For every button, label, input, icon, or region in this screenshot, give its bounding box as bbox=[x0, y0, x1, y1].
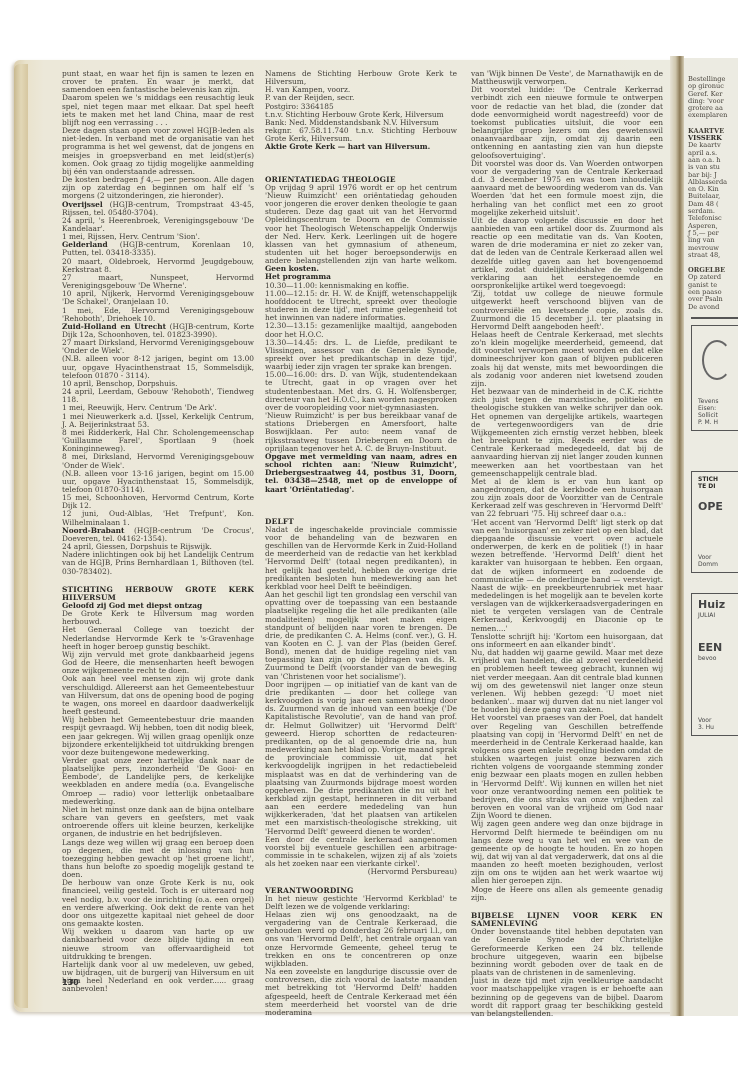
adjacent-page-text: Bestellingeop gironucGeref. Kerding: 'vo… bbox=[684, 58, 738, 736]
paragraph: De herbouw van onze Grote Kerk is nu, oo… bbox=[62, 879, 254, 928]
signoff-line: rekgnr. 67.58.11.740 t.n.v. Stichting He… bbox=[265, 127, 457, 143]
event-line: 1 mei, Ede, Hervormd Verenigingsgebouw '… bbox=[62, 307, 254, 323]
advertisement: TevensEisen:SollicitP. M. H bbox=[691, 325, 738, 431]
ad-line: STICH bbox=[698, 476, 738, 483]
paragraph: Het bezwaar van de minderheid in de C.K.… bbox=[471, 388, 663, 478]
ad-line: TE DI bbox=[698, 483, 738, 490]
paragraph: Ook aan heel veel mensen zijn wij grote … bbox=[62, 675, 254, 716]
paragraph: Dit voorstel was door ds. Van Woerden on… bbox=[471, 160, 663, 217]
paragraph: Onder bovenstaande titel hebben deputate… bbox=[471, 928, 663, 977]
column-1: punt staat, en waar het fijn is samen te… bbox=[62, 70, 254, 994]
paragraph: Helaas heeft de Centrale Kerkeraad, met … bbox=[471, 331, 663, 388]
adjacent-line: exemplaren bbox=[688, 112, 738, 119]
column-2: Namens de Stichting Herbouw Grote Kerk t… bbox=[265, 70, 457, 1017]
paragraph: Hartelijk dank voor al uw medeleven, uw … bbox=[62, 961, 254, 994]
ad-line: 3. Hu bbox=[698, 724, 738, 731]
advertisement: HuizJULIAIEENbevooVoor3. Hu bbox=[691, 593, 738, 736]
paragraph: Juist in deze tijd met zijn veelkleurige… bbox=[471, 977, 663, 1018]
ad-line: JULIAI bbox=[698, 612, 738, 619]
event-line: (N.B. alleen voor 13-16 jarigen, begint … bbox=[62, 470, 254, 494]
ad-line: Eisen: bbox=[698, 405, 738, 412]
event-line: 24 april, Leerdam, Gebouw 'Rehoboth', Ti… bbox=[62, 388, 254, 404]
ad-line: Domm bbox=[698, 561, 738, 568]
slogan: Aktie Grote Kerk — hart van Hilversum. bbox=[265, 143, 457, 151]
event-line: 27 maart, Nunspeet, Hervormd Verenigings… bbox=[62, 274, 254, 290]
adjacent-line: De avond bbox=[688, 304, 738, 311]
paragraph: Daarom spelen we 's middags een reusacht… bbox=[62, 94, 254, 127]
paragraph: Aan het geschil ligt ten grondslag een v… bbox=[265, 591, 457, 681]
paragraph: Moge de Heere ons allen als gemeente gen… bbox=[471, 886, 663, 902]
paragraph: punt staat, en waar het fijn is samen te… bbox=[62, 70, 254, 94]
paragraph: Een door de centrale kerkeraad aangenome… bbox=[265, 836, 457, 869]
ad-line: Voor bbox=[698, 554, 738, 561]
adjacent-page: Bestellingeop gironucGeref. Kerding: 'vo… bbox=[684, 58, 738, 1016]
event-line: 27 maart Dirksland, Hervormd Verenigings… bbox=[62, 339, 254, 355]
ad-line: P. M. H bbox=[698, 419, 738, 426]
event-line: 8 mei, Dirksland, Hervormd Verenigingsge… bbox=[62, 453, 254, 469]
spacer bbox=[265, 152, 457, 166]
page-number: 130 bbox=[62, 978, 79, 987]
paragraph: Door ingrijpen — op initiatief van de ka… bbox=[265, 681, 457, 836]
ad-title: Huiz bbox=[698, 598, 738, 612]
paragraph: Verder gaat onze zeer hartelijke dank na… bbox=[62, 757, 254, 806]
article-heading: BIJBELSE LIJNEN VOOR KERK EN SAMENLEVING bbox=[471, 912, 663, 928]
paragraph: Deze dagen staan open voor zowel HGJB-le… bbox=[62, 127, 254, 176]
paragraph: Wij zagen geen andere weg dan onze bijdr… bbox=[471, 820, 663, 885]
paragraph: Met al de klem is er van hun kant op aan… bbox=[471, 478, 663, 519]
event-line: 20 maart, Oldebroek, Hervormd Jeugdgebou… bbox=[62, 258, 254, 274]
program-item: 11.00—12.15: dr. H. W. de Knijff, wetens… bbox=[265, 290, 457, 323]
paragraph: 'Het accent van 'Hervormd Delft' ligt st… bbox=[471, 519, 663, 633]
page-stack-edge bbox=[14, 64, 28, 1008]
event-line: 8 mei Ridderkerk, Hal Chr. Scholengemeen… bbox=[62, 429, 254, 453]
spacer bbox=[265, 494, 457, 508]
ad-line: Tevens bbox=[698, 398, 738, 405]
paragraph: Tenslotte schrijft hij: 'Kortom een huis… bbox=[471, 633, 663, 649]
intro-text: Op vrijdag 9 april 1976 wordt er op het … bbox=[265, 183, 457, 265]
paragraph: Nu, dat hadden wij gaarne gewild. Maar m… bbox=[471, 649, 663, 714]
paragraph: Langs deze weg willen wij graag een bero… bbox=[62, 839, 254, 880]
paragraph: Niet in het minst onze dank aan de bijna… bbox=[62, 806, 254, 839]
region-entry: Zuid-Holland en Utrecht (HGJB-centrum, K… bbox=[62, 323, 254, 339]
paragraph: Het Generaal College van toezicht der Ne… bbox=[62, 626, 254, 650]
ad-line: Sollicit bbox=[698, 412, 738, 419]
page-gutter bbox=[670, 56, 684, 1016]
paragraph: Na een zoveelste en langdurige discussie… bbox=[265, 968, 457, 1017]
adjacent-line: straat 48, bbox=[688, 252, 738, 259]
event-line: 1 mei Nieuwerkerk a.d. IJssel, Kerkelijk… bbox=[62, 413, 254, 429]
signoff-line: Namens de Stichting Herbouw Grote Kerk t… bbox=[265, 70, 457, 86]
ad-title: OPE bbox=[698, 500, 738, 514]
signup-note: Opgave met vermelding van naam, adres en… bbox=[265, 453, 457, 494]
paragraph: 'Zij, totdat uw college de nieuwe formul… bbox=[471, 290, 663, 331]
paragraph: 'Nieuw Ruimzicht' is per bus bereikbaar … bbox=[265, 412, 457, 453]
region-entry: Noord-Brabant (HGJB-centrum 'De Crocus',… bbox=[62, 527, 254, 543]
paragraph: Uit de daarop volgende discussie en door… bbox=[471, 217, 663, 290]
event-line: 12 juni, Oud-Alblas, 'Het Trefpunt', Kon… bbox=[62, 510, 254, 526]
event-line: Nadere inlichtingen ook bij het Landelij… bbox=[62, 551, 254, 575]
event-line: 15 mei, Schoonhoven, Hervormd Centrum, K… bbox=[62, 494, 254, 510]
rule bbox=[691, 317, 738, 319]
ad-title: EEN bbox=[698, 641, 738, 655]
paragraph: Wij zijn vervuld met grote dankbaarheid … bbox=[62, 651, 254, 675]
paragraph: Op vrijdag 9 april 1976 wordt er op het … bbox=[265, 184, 457, 274]
paragraph: Wij hebben het Gemeentebestuur drie maan… bbox=[62, 716, 254, 757]
paragraph: Wij wekken u daarom van harte op uw dank… bbox=[62, 928, 254, 961]
ad-line: bevoo bbox=[698, 655, 738, 662]
paragraph: Het voorstel van praeses van der Poel, d… bbox=[471, 714, 663, 820]
column-3: van 'Wijk binnen De Veste', de Marnathaw… bbox=[471, 70, 663, 1018]
source-credit: (Hervormd Persbureau) bbox=[265, 868, 457, 876]
event-line: 10 april, Nijkerk, Hervormd Verenigingsg… bbox=[62, 290, 254, 306]
program-item: 15.00—16.00: drs. D. van Wijk, studenten… bbox=[265, 371, 457, 412]
program-item: 13.30—14.45: drs. L. de Liefde, predikan… bbox=[265, 339, 457, 372]
paragraph: van 'Wijk binnen De Veste', de Marnathaw… bbox=[471, 70, 663, 86]
program-item: 12.30—13.15: gezamenlijke maaltijd, aang… bbox=[265, 322, 457, 338]
region-entry: Gelderland (HGJB-centrum, Korenlaan 10, … bbox=[62, 241, 254, 257]
logo-icon bbox=[702, 340, 732, 380]
paragraph: In het nieuw gestichte 'Hervormd Kerkbla… bbox=[265, 895, 457, 911]
ad-line: Voor bbox=[698, 717, 738, 724]
paragraph: De kosten bedragen ƒ 4,— per persoon. Al… bbox=[62, 176, 254, 200]
paragraph: Dit voorstel luidde: 'De Centrale Kerker… bbox=[471, 86, 663, 159]
article-heading: STICHTING HERBOUW GROTE KERK HILVERSUM bbox=[62, 586, 254, 602]
region-entry: Overijssel (HGJB-centrum, Trompstraat 43… bbox=[62, 201, 254, 217]
advertisement: STICHTE DIOPEVoorDomm bbox=[691, 471, 738, 573]
event-line: 24 april, 's Heerenbroek, Verenigingsgeb… bbox=[62, 217, 254, 233]
paragraph: Helaas zien wij ons genoodzaakt, na de v… bbox=[265, 911, 457, 968]
event-line: (N.B. alleen voor 8-12 jarigen, begint o… bbox=[62, 355, 254, 379]
paragraph: De Grote Kerk te Hilversum mag worden he… bbox=[62, 610, 254, 626]
paragraph: Nadat de ingeschakelde provinciale commi… bbox=[265, 526, 457, 591]
